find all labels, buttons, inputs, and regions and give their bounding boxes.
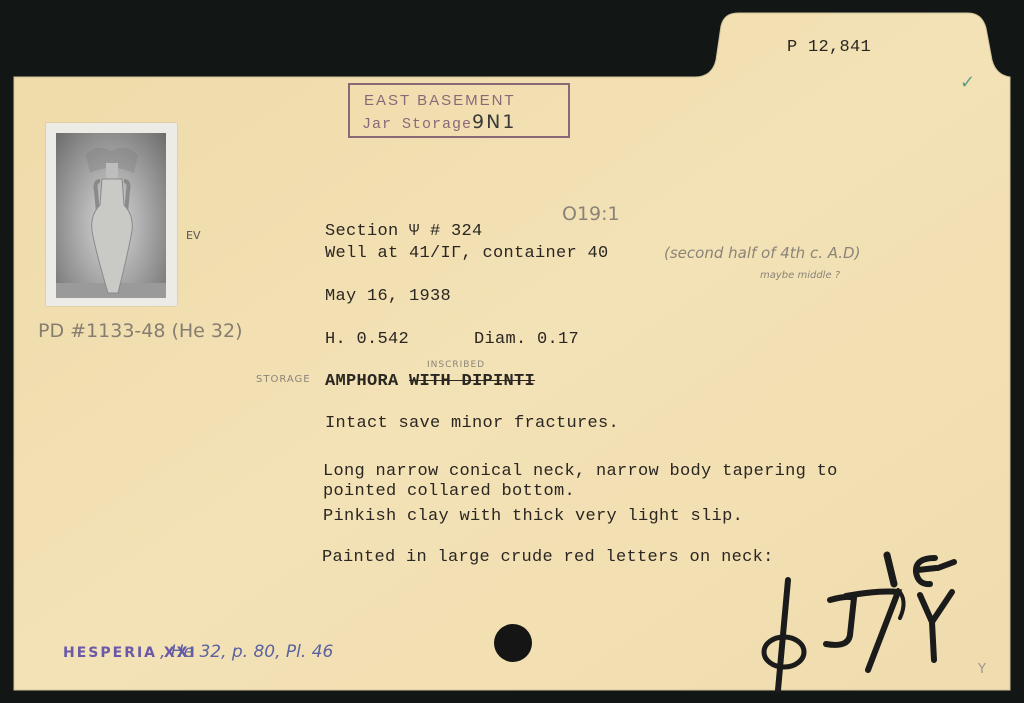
description-line-1: Long narrow conical neck, narrow body ta… xyxy=(323,462,838,481)
date: May 16, 1938 xyxy=(325,287,451,306)
dipinto-glyphs-icon xyxy=(750,540,970,695)
description-line-3: Pinkish clay with thick very light slip. xyxy=(323,507,743,526)
publication-ref: , He 32, p. 80, Pl. 46 xyxy=(160,642,333,662)
context-line: Well at 41/IΓ, container 40 xyxy=(325,244,609,263)
painted-note: Painted in large crude red letters on ne… xyxy=(322,548,774,567)
punch-hole xyxy=(494,624,532,662)
shelf-code: 9N1 xyxy=(472,111,516,133)
diameter-measure: Diam. 0.17 xyxy=(474,330,579,349)
object-title: AMPHORA WITH DIPINTI xyxy=(325,372,535,391)
catalog-number: P 12,841 xyxy=(787,38,871,57)
corner-mark: Y xyxy=(978,662,986,677)
photo-side-note: EV xyxy=(186,229,200,242)
section-line: Section Ψ # 324 xyxy=(325,222,483,241)
title-insert-note: INSCRIBED xyxy=(427,360,485,370)
stamp-jar-storage: Jar Storage9N1 xyxy=(362,111,516,133)
stamp-jar-storage-label: Jar Storage xyxy=(362,116,472,133)
amphora-icon xyxy=(56,133,166,298)
date-note-sub: maybe middle ? xyxy=(760,270,840,281)
description-line-2: pointed collared bottom. xyxy=(323,482,575,501)
date-note: (second half of 4th c. A.D) xyxy=(664,244,860,262)
title-main: AMPHORA xyxy=(325,372,399,391)
storage-stamp: EAST BASEMENT Jar Storage9N1 xyxy=(348,83,570,138)
pencil-code: O19:1 xyxy=(562,203,620,225)
photo-image xyxy=(56,133,166,298)
check-mark-icon: ✓ xyxy=(960,72,975,93)
condition: Intact save minor fractures. xyxy=(325,414,619,433)
stamp-location: EAST BASEMENT xyxy=(364,92,516,109)
title-struck: WITH DIPINTI xyxy=(409,372,535,391)
photo-reference: PD #1133-48 (He 32) xyxy=(38,320,243,342)
height-measure: H. 0.542 xyxy=(325,330,409,349)
title-prefix-note: STORAGE xyxy=(256,374,311,385)
amphora-photo xyxy=(46,123,177,306)
